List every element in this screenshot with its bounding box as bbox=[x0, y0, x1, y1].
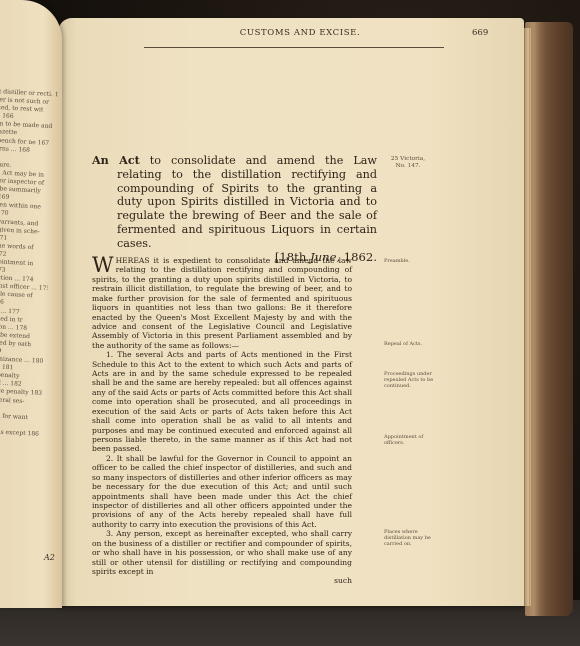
section-2: 2. It shall be lawful for the Governor i… bbox=[92, 454, 352, 529]
preamble: WHEREAS it is expedient to consolidate a… bbox=[92, 256, 352, 350]
table-surface bbox=[0, 600, 580, 646]
margin-note-preamble: Preamble. bbox=[384, 258, 440, 264]
act-title: An Act to consolidate and amend the Law … bbox=[92, 154, 377, 264]
page-number: 669 bbox=[472, 28, 488, 38]
section-1: 1. The several Acts and parts of Acts me… bbox=[92, 350, 352, 454]
act-title-lead: An Act bbox=[92, 153, 140, 167]
act-citation: 25 Victoria, No. 147. bbox=[386, 156, 430, 170]
act-title-text: to consolidate and amend the Law relatin… bbox=[117, 154, 377, 250]
margin-note-repeal: Repeal of Acts. bbox=[384, 341, 440, 347]
section-3: 3. Any person, except as hereinafter exc… bbox=[92, 529, 352, 576]
margin-note-proceedings: Proceedings under repealed Acts to be co… bbox=[384, 371, 440, 390]
signature-mark: A2 bbox=[44, 553, 55, 562]
catchword: such bbox=[92, 576, 352, 585]
left-page: st distiller or recti. 165fier is not su… bbox=[0, 0, 62, 608]
drop-cap: W bbox=[92, 257, 114, 274]
margin-note-appointment: Appointment of officers. bbox=[384, 434, 440, 446]
right-page: CUSTOMS AND EXCISE. 669 An Act to consol… bbox=[58, 18, 524, 606]
header-rule bbox=[144, 47, 444, 48]
margin-note-places: Places where distillation may be carried… bbox=[384, 529, 440, 548]
running-head: CUSTOMS AND EXCISE. bbox=[176, 28, 424, 38]
book-cover-edge bbox=[525, 22, 573, 616]
left-page-index: st distiller or recti. 165fier is not su… bbox=[0, 88, 58, 455]
act-body: WHEREAS it is expedient to consolidate a… bbox=[92, 256, 352, 586]
